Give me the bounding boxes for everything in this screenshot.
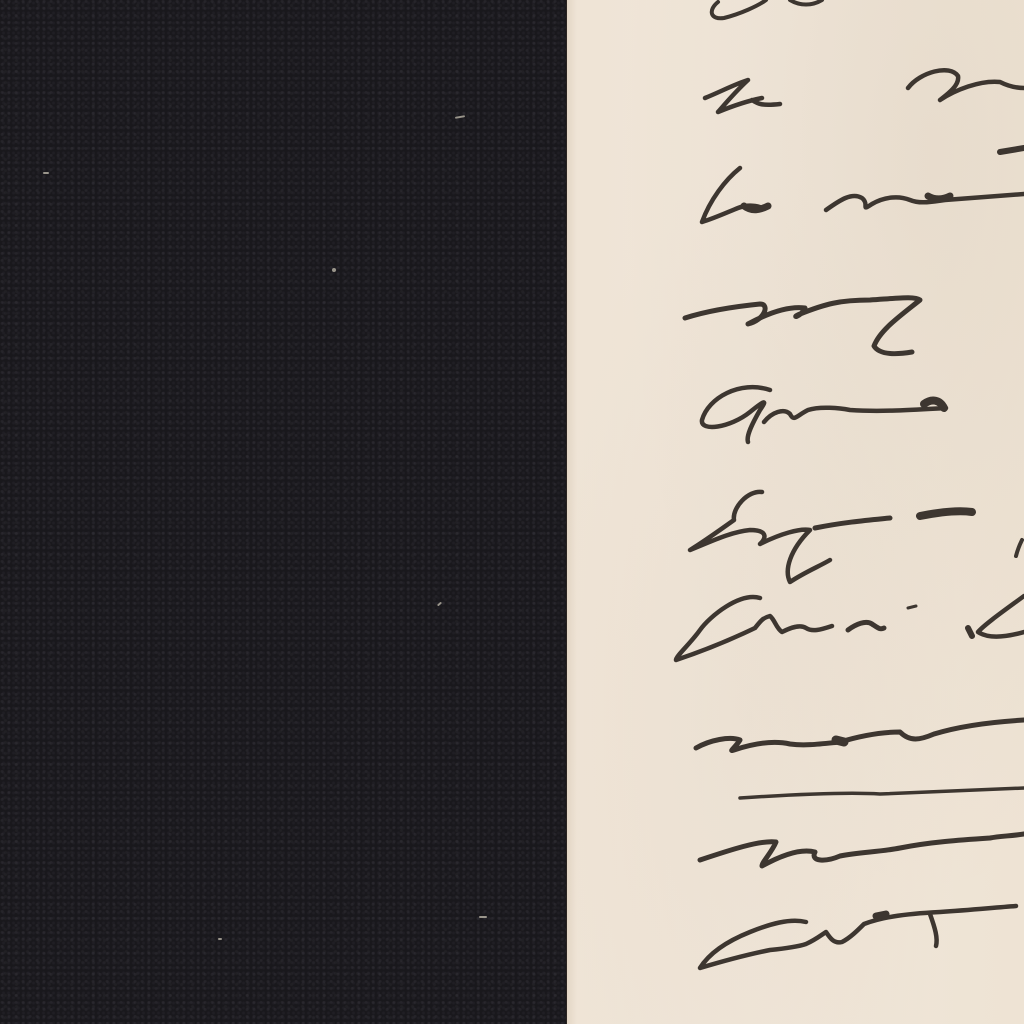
horizontal-rule-stroke <box>740 788 1024 798</box>
shorthand-line-4 <box>685 298 920 354</box>
shorthand-line-9 <box>700 834 1024 866</box>
shorthand-line-2 <box>705 70 1024 152</box>
shorthand-line-5 <box>702 387 946 442</box>
shorthand-line-6 <box>690 492 1022 582</box>
shorthand-line-7 <box>676 596 1024 660</box>
shorthand-line-3 <box>702 168 1024 222</box>
shorthand-line-8 <box>696 720 1024 751</box>
shorthand-line-10 <box>700 906 1016 968</box>
shorthand-line-1 <box>712 0 822 18</box>
handwriting-strokes <box>0 0 1024 1024</box>
